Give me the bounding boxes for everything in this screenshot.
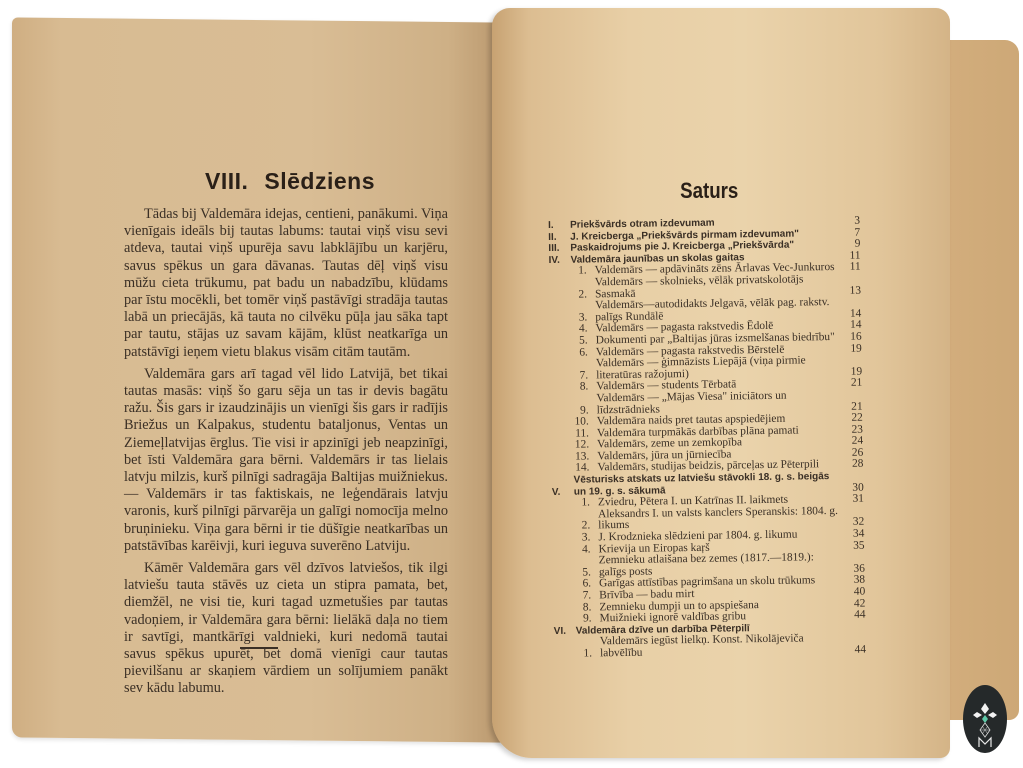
toc-title: Saturs (680, 178, 738, 204)
paragraph: Valdemāra gars arī tagad vēl lido Latvij… (124, 366, 448, 555)
chapter-title: Slēdziens (264, 168, 375, 194)
toc-number: 8. (554, 382, 594, 394)
toc-page: 44 (844, 645, 866, 657)
table-of-contents: I.Priekšvārds otram izdevumam3II.J. Krei… (548, 216, 866, 661)
chapter-heading: VIII.Slēdziens (205, 168, 375, 195)
chapter-number: VIII. (205, 168, 248, 194)
toc-number: 1. (553, 266, 593, 278)
toc-number: 2. (553, 289, 593, 301)
toc-text: Valdemārs — ģimnāzists Liepājā (viņa pir… (594, 355, 840, 382)
toc-text: Valdemārs — „Mājas Viesa" iniciātors un … (594, 390, 840, 417)
toc-page: 35 (843, 540, 865, 552)
toc-number: 14. (555, 463, 595, 475)
paragraph: Kāmēr Valdemāra gars vēl dzīvos latviešo… (124, 560, 448, 698)
toc-page: 21 (840, 378, 862, 390)
toc-number: V. (552, 486, 574, 498)
toc-page: 44 (843, 610, 865, 622)
end-rule (240, 647, 278, 649)
chapter-body: Tādas bij Valdemāra idejas, centieni, pa… (124, 206, 448, 703)
toc-number: VI. (554, 625, 576, 637)
paragraph: Tādas bij Valdemāra idejas, centieni, pa… (124, 206, 448, 361)
toc-entry: 1.Valdemārs iegūst lielkņ. Konst. Nikolā… (554, 633, 866, 661)
toc-number: 9. (558, 614, 598, 626)
toc-page: 31 (842, 494, 864, 506)
toc-number: I. (548, 220, 570, 232)
toc-number: 4. (557, 544, 597, 556)
toc-number: IV. (548, 254, 570, 266)
toc-text: Valdemārs—autodidakts Jelgavā, vēlāk pag… (593, 297, 839, 324)
toc-page: 19 (840, 343, 862, 355)
toc-text: Valdemārs iegūst lielkņ. Konst. Nikolāje… (598, 633, 844, 660)
toc-number: II. (548, 231, 570, 243)
toc-number: III. (548, 243, 570, 255)
toc-number: 6. (554, 347, 594, 359)
flower-monogram-icon (963, 685, 1007, 753)
toc-number: 1. (558, 648, 598, 660)
toc-page: 11 (839, 262, 861, 274)
toc-page: 28 (841, 459, 863, 471)
toc-page: 13 (839, 285, 861, 297)
watermark-logo (963, 685, 1007, 753)
toc-number: 1. (556, 498, 596, 510)
toc-text: Aleksandrs I. un valsts kanclers Sperans… (596, 506, 842, 533)
